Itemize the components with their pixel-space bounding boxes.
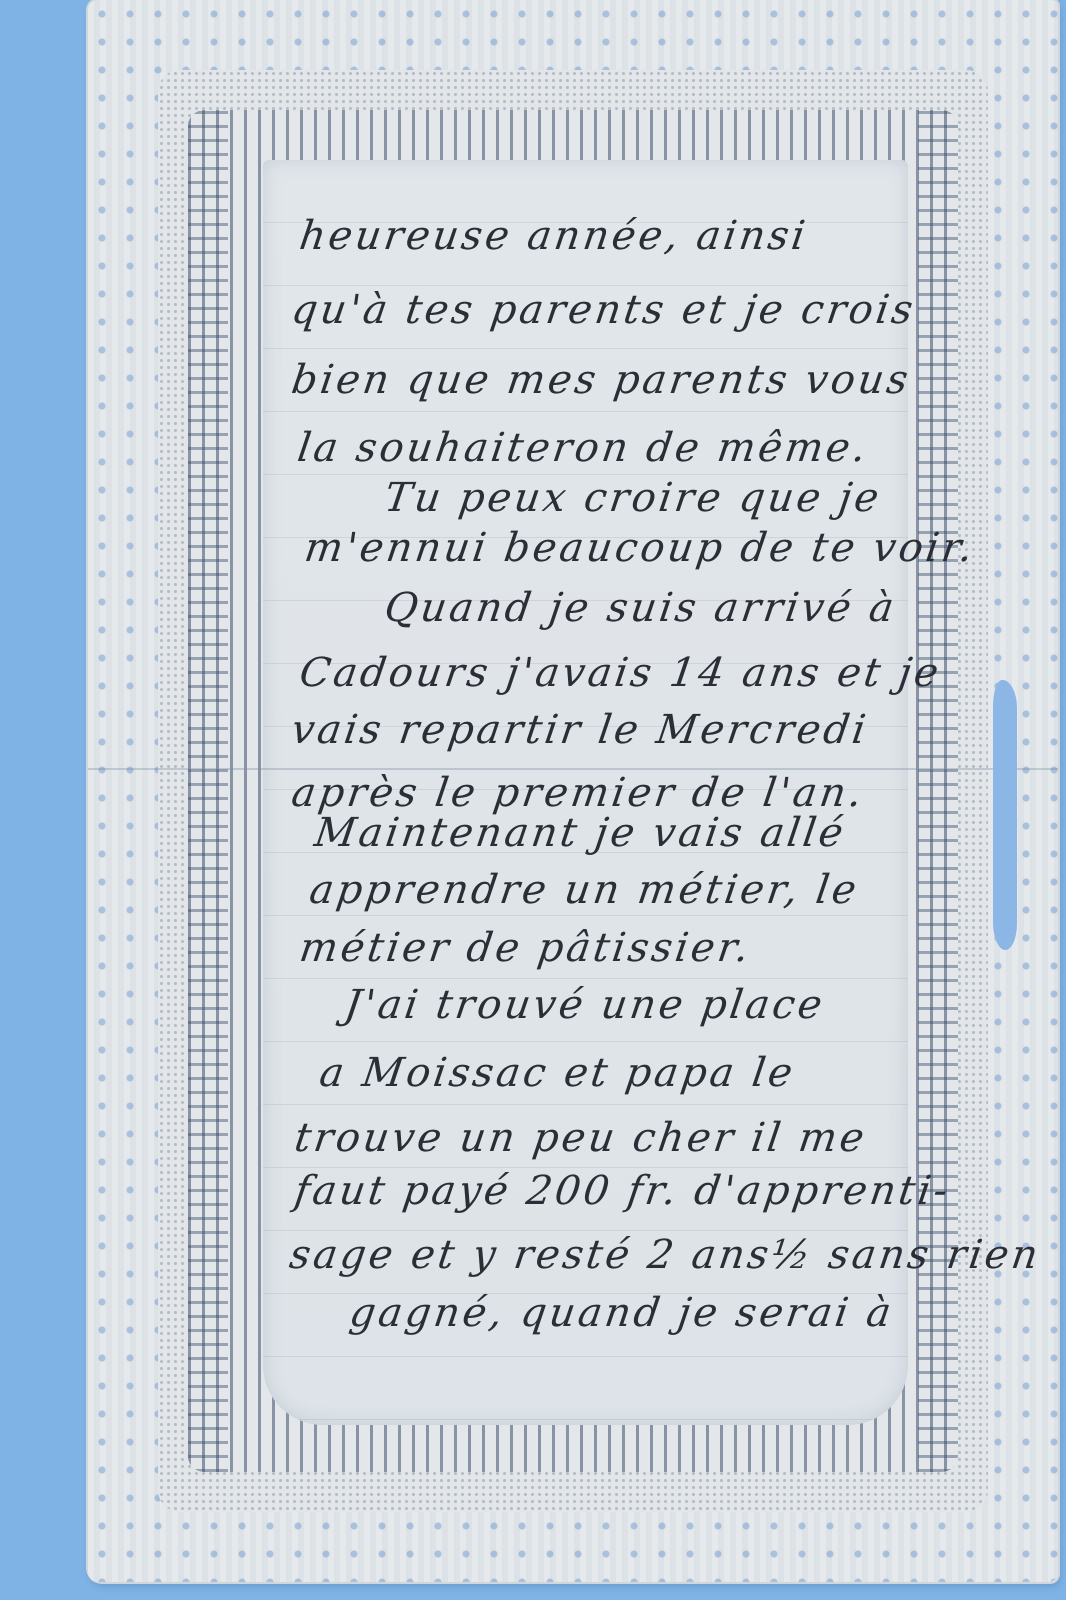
letter-line-13: métier de pâtissier. — [297, 925, 755, 971]
letter-line-8: Cadours j'avais 14 ans et je — [297, 650, 944, 696]
letter-line-6: m'ennui beaucoup de te voir. — [302, 525, 979, 571]
paper-tear — [993, 679, 1017, 950]
letter-line-5: Tu peux croire que je — [382, 475, 885, 521]
letter-line-19: gagné, quand je serai à — [347, 1290, 897, 1336]
letter-line-1: heureuse année, ainsi — [297, 213, 811, 259]
letter-line-3: bien que mes parents vous — [289, 357, 914, 403]
letter-line-12: apprendre un métier, le — [307, 867, 862, 913]
letter-line-14: J'ai trouvé une place — [342, 982, 828, 1028]
letter-line-9: vais repartir le Mercredi — [289, 707, 872, 753]
letter-line-18: sage et y resté 2 ans½ sans rien — [287, 1232, 1044, 1278]
letter-line-2: qu'à tes parents et je crois — [289, 287, 919, 333]
letter-line-7: Quand je suis arrivé à — [382, 585, 900, 631]
letter-line-11: Maintenant je vais allé — [312, 810, 849, 856]
letter-line-15: a Moissac et papa le — [317, 1050, 798, 1096]
letter-line-4: la souhaiteron de même. — [295, 425, 872, 471]
letter-line-17: faut payé 200 fr. d'apprenti- — [292, 1168, 954, 1214]
letter-line-16: trouve un peu cher il me — [292, 1115, 870, 1161]
